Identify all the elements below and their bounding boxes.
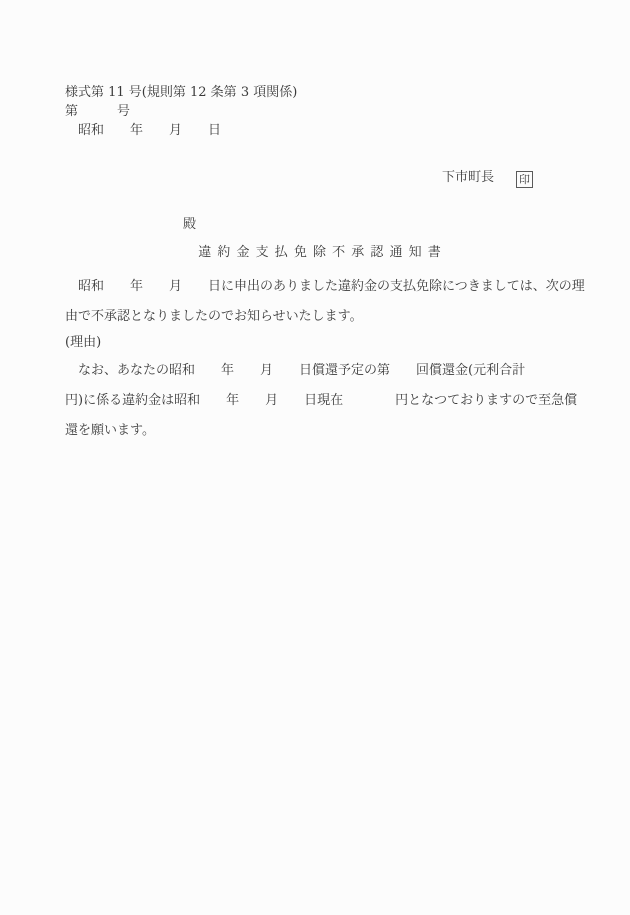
body-line: 昭和 年 月 日に申出のありました違約金の支払免除につきましては、次の理: [65, 277, 575, 296]
document-page: 様式第 11 号(規則第 12 条第 3 項関係) 第 号 昭和 年 月 日 下…: [0, 0, 630, 915]
note-line: 円)に係る違約金は昭和 年 月 日現在 円となつておりますので至急償: [65, 391, 575, 410]
addresser-title: 下市町長: [442, 170, 494, 185]
note-line: 還を願います。: [65, 421, 575, 440]
document-title: 違 約 金 支 払 免 除 不 承 認 通 知 書: [65, 243, 575, 262]
body-paragraph: 昭和 年 月 日に申出のありました違約金の支払免除につきましては、次の理 由で不…: [65, 277, 575, 326]
addressee-line: 殿: [65, 215, 575, 234]
document-content: 様式第 11 号(規則第 12 条第 3 項関係) 第 号 昭和 年 月 日 下…: [65, 83, 575, 440]
reason-label: (理由): [65, 333, 575, 352]
addresser-line: 下市町長印: [65, 149, 575, 207]
seal-mark: 印: [516, 171, 533, 188]
document-number-line: 第 号: [65, 102, 575, 121]
note-line: なお、あなたの昭和 年 月 日償還予定の第 回償還金(元利合計: [65, 361, 575, 380]
body-line: 由で不承認となりましたのでお知らせいたします。: [65, 307, 575, 326]
form-id-line: 様式第 11 号(規則第 12 条第 3 項関係): [65, 83, 575, 102]
issue-date-line: 昭和 年 月 日: [65, 121, 575, 140]
note-paragraph: なお、あなたの昭和 年 月 日償還予定の第 回償還金(元利合計 円)に係る違約金…: [65, 361, 575, 440]
